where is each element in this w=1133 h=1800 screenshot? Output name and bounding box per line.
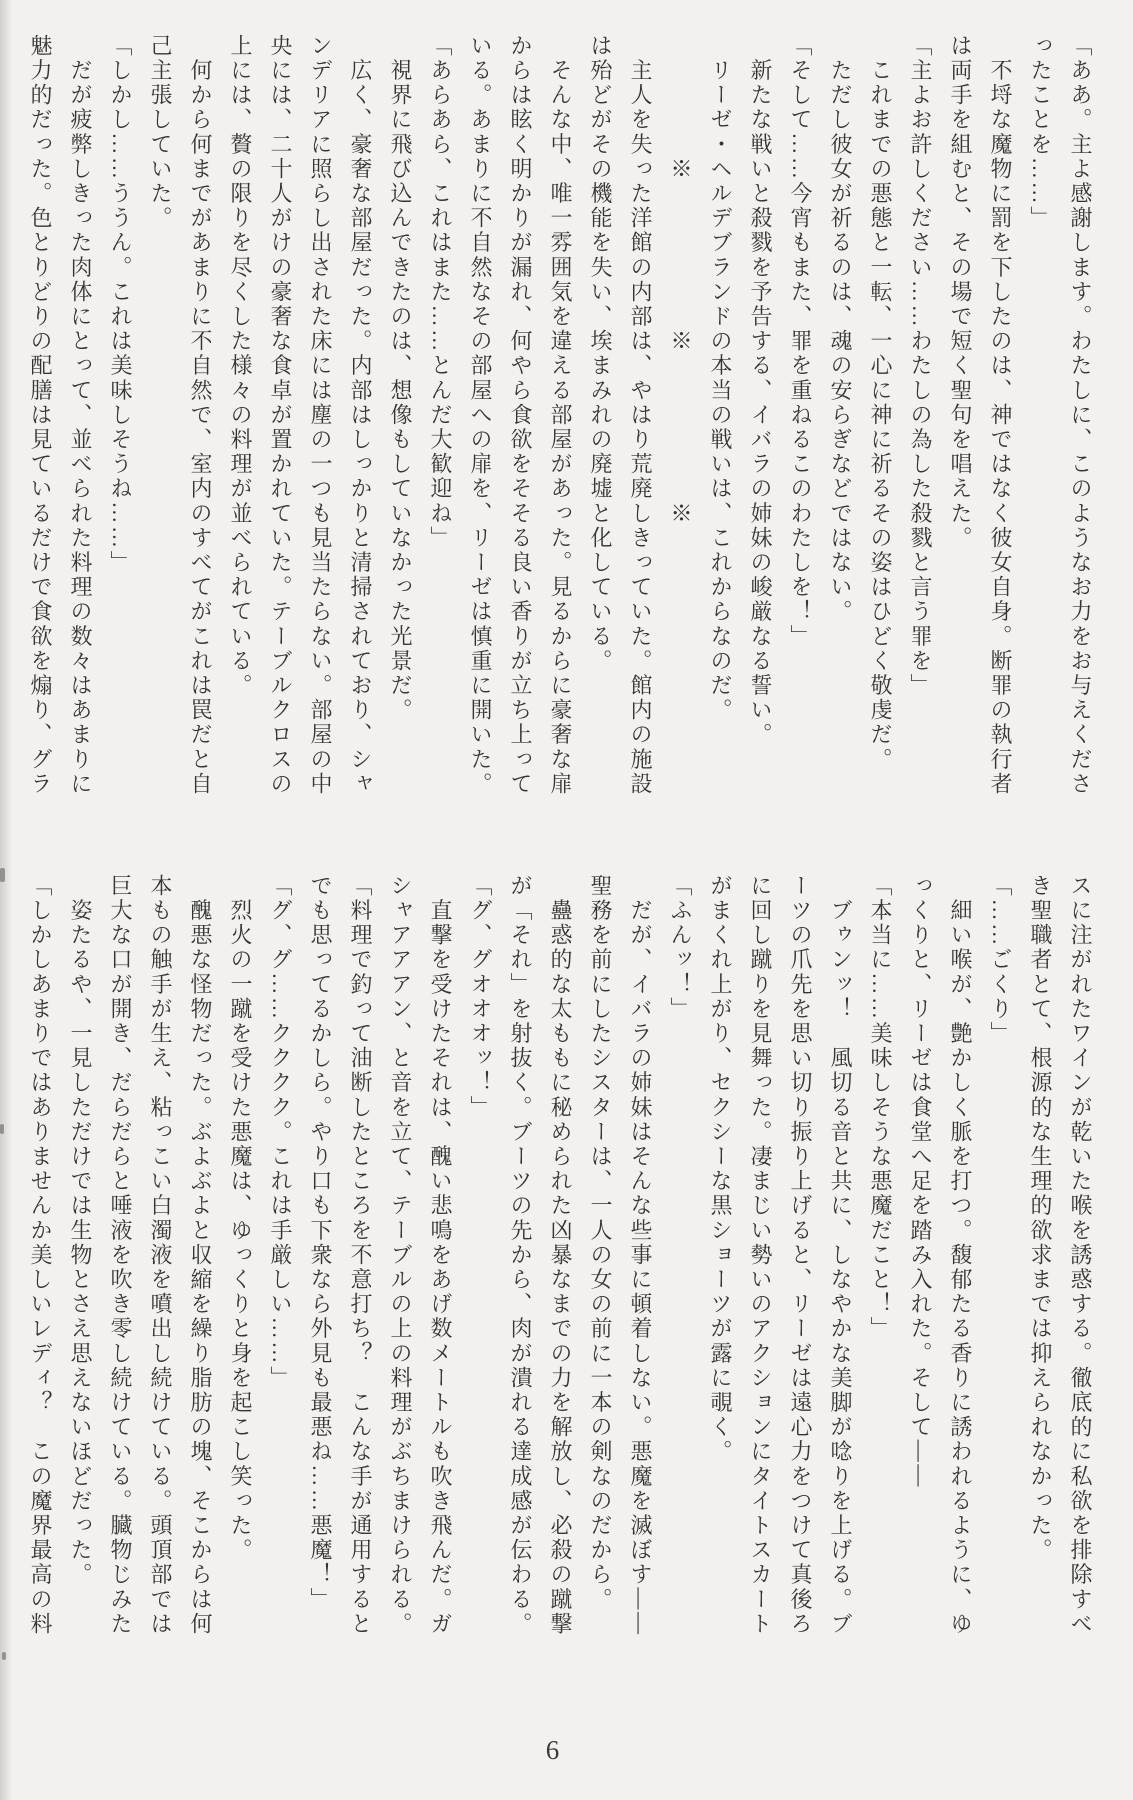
text-column: 「そして……今宵もまた、罪を重ねるこのわたしを！」	[788, 34, 812, 806]
text-column: 新たな戦いと殺戮を予告する、イバラの姉妹の峻厳なる誓い。	[748, 34, 772, 806]
text-column: 烈火の一蹴を受けた悪魔は、ゆっくりと身を起こし笑った。	[228, 874, 252, 1646]
text-column: 姿たるや、一見しただけでは生物とさえ思えないほどだった。	[68, 874, 92, 1646]
text-column: そんな中、唯一雰囲気を違える部屋があった。見るからに豪奢な扉	[548, 34, 572, 806]
scan-artifact	[2, 1652, 6, 1660]
scanned-book-page: 「ああ。主よ感謝します。わたしに、このようなお力をお与えくださったことを……」 …	[0, 0, 1133, 1800]
text-block-top: 「ああ。主よ感謝します。わたしに、このようなお力をお与えくださったことを……」 …	[28, 34, 1092, 806]
text-column: に回し蹴りを見舞った。凄まじい勢いのアクションにタイトスカート	[748, 874, 772, 1646]
text-column: スに注がれたワインが乾いた喉を誘惑する。徹底的に私欲を排除すべ	[1068, 874, 1092, 1646]
text-column: からは眩く明かりが漏れ、何やら食欲をそそる良い香りが立ち上って	[508, 34, 532, 806]
text-column: が「それ」を射抜く。ブーツの先から、肉が潰れる達成感が伝わる。	[508, 874, 532, 1646]
scan-artifact	[0, 868, 5, 882]
text-column: だが疲弊しきった肉体にとって、並べられた料理の数々はあまりに	[68, 34, 92, 806]
text-column: 「グ、グ……クククク。これは手厳しい……」	[268, 874, 292, 1646]
text-column: ーツの爪先を思い切り振り上げると、リーゼは遠心力をつけて真後ろ	[788, 874, 812, 1646]
text-column: 何から何までがあまりに不自然で、室内のすべてがこれは罠だと自	[188, 34, 212, 806]
text-column: き聖職者とて、根源的な生理的欲求までは抑えられなかった。	[1028, 874, 1052, 1646]
text-column: 視界に飛び込んできたのは、想像もしていなかった光景だ。	[388, 34, 412, 806]
text-column: 「あらあら、これはまた……とんだ大歓迎ね」	[428, 34, 452, 806]
text-block-bottom: スに注がれたワインが乾いた喉を誘惑する。徹底的に私欲を排除すべき聖職者とて、根源…	[28, 874, 1092, 1646]
scan-artifact	[0, 1124, 4, 1134]
text-column: 巨大な口が開き、だらだらと唾液を吹き零し続けている。臓物じみた	[108, 874, 132, 1646]
text-column: いる。あまりに不自然なその部屋への扉を、リーゼは慎重に開いた。	[468, 34, 492, 806]
text-column: 「主よお許しください……わたしの為した殺戮と言う罪を」	[908, 34, 932, 806]
text-column: 「しかしあまりではありませんか美しいレディ？ この魔界最高の料	[28, 874, 52, 1646]
text-column: は殆どがその機能を失い、埃まみれの廃墟と化している。	[588, 34, 612, 806]
text-column: 主人を失った洋館の内部は、やはり荒廃しきっていた。館内の施設	[628, 34, 652, 806]
text-column: 直撃を受けたそれは、醜い悲鳴をあげ数メートルも吹き飛んだ。ガ	[428, 874, 452, 1646]
text-column: 「ああ。主よ感謝します。わたしに、このようなお力をお与えくださ	[1068, 34, 1092, 806]
text-column: 「本当に……美味しそうな悪魔だこと！」	[868, 874, 892, 1646]
text-column: だが、イバラの姉妹はそんな些事に頓着しない。悪魔を滅ぼす――	[628, 874, 652, 1646]
text-column: ンデリアに照らし出された床には塵の一つも見当たらない。部屋の中	[308, 34, 332, 806]
text-column: ただし彼女が祈るのは、魂の安らぎなどではない。	[828, 34, 852, 806]
text-column: 「ふんッ！」	[668, 874, 692, 1646]
text-column: 不埒な魔物に罰を下したのは、神ではなく彼女自身。断罪の執行者	[988, 34, 1012, 806]
text-column: 聖務を前にしたシスターは、一人の女の前に一本の剣なのだから。	[588, 874, 612, 1646]
text-column: ※ ※ ※	[668, 34, 692, 806]
text-column: でも思ってるかしら。やり口も下衆なら外見も最悪ね……悪魔！」	[308, 874, 332, 1646]
text-column: ブゥンッ！ 風切る音と共に、しなやかな美脚が唸りを上げる。ブ	[828, 874, 852, 1646]
text-column: 細い喉が、艶かしく脈を打つ。馥郁たる香りに誘われるように、ゆ	[948, 874, 972, 1646]
text-column: がまくれ上がり、セクシーな黒ショーツが露に覗く。	[708, 874, 732, 1646]
text-column: 「料理で釣って油断したところを不意打ち？ こんな手が通用すると	[348, 874, 372, 1646]
text-column: 蠱惑的な太ももに秘められた凶暴なまでの力を解放し、必殺の蹴撃	[548, 874, 572, 1646]
text-column: 本もの触手が生え、粘っこい白濁液を噴出し続けている。頭頂部では	[148, 874, 172, 1646]
text-column: 己主張していた。	[148, 34, 172, 806]
text-column: 醜悪な怪物だった。ぶよぶよと収縮を繰り脂肪の塊、そこからは何	[188, 874, 212, 1646]
text-column: 上には、贅の限りを尽くした様々の料理が並べられている。	[228, 34, 252, 806]
text-column: っくりと、リーゼは食堂へ足を踏み入れた。そして――	[908, 874, 932, 1646]
text-column: ったことを……」	[1028, 34, 1052, 806]
text-column: 「グ、グオオオッ！」	[468, 874, 492, 1646]
text-column: シャアアアン、と音を立て、テーブルの上の料理がぶちまけられる。	[388, 874, 412, 1646]
text-column: 央には、二十人がけの豪奢な食卓が置かれていた。テーブルクロスの	[268, 34, 292, 806]
text-column: 広く、豪奢な部屋だった。内部はしっかりと清掃されており、シャ	[348, 34, 372, 806]
text-column: リーゼ・ヘルデブランドの本当の戦いは、これからなのだ。	[708, 34, 732, 806]
text-column: 「しかし……ううん。これは美味しそうね……」	[108, 34, 132, 806]
text-column: は両手を組むと、その場で短く聖句を唱えた。	[948, 34, 972, 806]
scan-edge-shading	[0, 0, 12, 1800]
text-column: 魅力的だった。色とりどりの配膳は見ているだけで食欲を煽り、グラ	[28, 34, 52, 806]
text-column: これまでの悪態と一転、一心に神に祈るその姿はひどく敬虔だ。	[868, 34, 892, 806]
text-column: 「……ごくり」	[988, 874, 1012, 1646]
page-number: 6	[0, 1735, 1106, 1766]
